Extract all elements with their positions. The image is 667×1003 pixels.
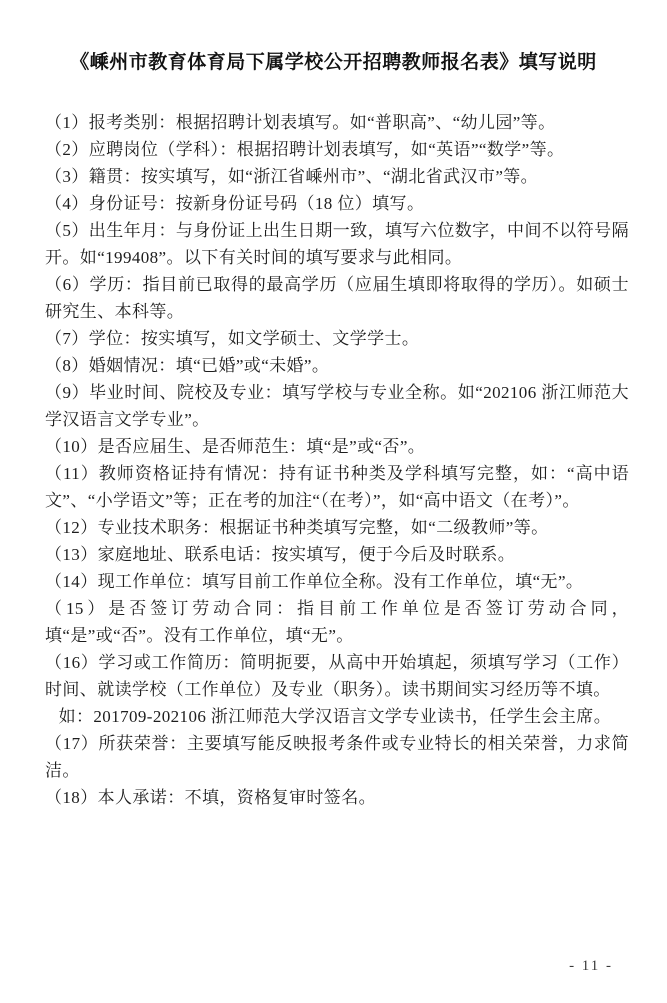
instruction-paragraph: （3）籍贯：按实填写，如“浙江省嵊州市”、“湖北省武汉市”等。 bbox=[45, 163, 629, 190]
instruction-paragraph: （18）本人承诺：不填，资格复审时签名。 bbox=[45, 784, 629, 811]
instruction-paragraph: （6）学历：指目前已取得的最高学历（应届生填即将取得的学历）。如硕士研究生、本科… bbox=[45, 271, 629, 325]
instruction-paragraph: （12）专业技术职务：根据证书种类填写完整，如“二级教师”等。 bbox=[45, 514, 629, 541]
instruction-paragraph: （15）是否签订劳动合同：指目前工作单位是否签订劳动合同，填“是”或“否”。没有… bbox=[45, 595, 629, 649]
instruction-paragraph: （14）现工作单位：填写目前工作单位全称。没有工作单位，填“无”。 bbox=[45, 568, 629, 595]
instruction-paragraph: （4）身份证号：按新身份证号码（18 位）填写。 bbox=[45, 190, 629, 217]
instruction-paragraph: （11）教师资格证持有情况：持有证书种类及学科填写完整，如：“高中语文”、“小学… bbox=[45, 460, 629, 514]
instruction-paragraph: （10）是否应届生、是否师范生：填“是”或“否”。 bbox=[45, 433, 629, 460]
instruction-paragraph: （9）毕业时间、院校及专业：填写学校与专业全称。如“202106 浙江师范大学汉… bbox=[45, 379, 629, 433]
instruction-paragraph: （7）学位：按实填写，如文学硕士、文学学士。 bbox=[45, 325, 629, 352]
document-page: 《嵊州市教育体育局下属学校公开招聘教师报名表》填写说明 （1）报考类别：根据招聘… bbox=[0, 0, 667, 1003]
instruction-paragraph: （5）出生年月：与身份证上出生日期一致，填写六位数字，中间不以符号隔开。如“19… bbox=[45, 217, 629, 271]
instruction-paragraph: （16）学习或工作简历：简明扼要，从高中开始填起，须填写学习（工作）时间、就读学… bbox=[45, 649, 629, 703]
instructions-body: （1）报考类别：根据招聘计划表填写。如“普职高”、“幼儿园”等。（2）应聘岗位（… bbox=[0, 76, 667, 811]
instruction-paragraph: （2）应聘岗位（学科）：根据招聘计划表填写，如“英语”“数学”等。 bbox=[45, 136, 629, 163]
instruction-paragraph: （1）报考类别：根据招聘计划表填写。如“普职高”、“幼儿园”等。 bbox=[45, 109, 629, 136]
instruction-paragraph: （17）所获荣誉：主要填写能反映报考条件或专业特长的相关荣誉，力求简洁。 bbox=[45, 730, 629, 784]
instruction-paragraph: （13）家庭地址、联系电话：按实填写，便于今后及时联系。 bbox=[45, 541, 629, 568]
page-number: - 11 - bbox=[569, 958, 613, 975]
page-title: 《嵊州市教育体育局下属学校公开招聘教师报名表》填写说明 bbox=[0, 0, 667, 76]
instruction-paragraph: 如：201709-202106 浙江师范大学汉语言文学专业读书，任学生会主席。 bbox=[45, 703, 629, 730]
instruction-paragraph: （8）婚姻情况：填“已婚”或“未婚”。 bbox=[45, 352, 629, 379]
